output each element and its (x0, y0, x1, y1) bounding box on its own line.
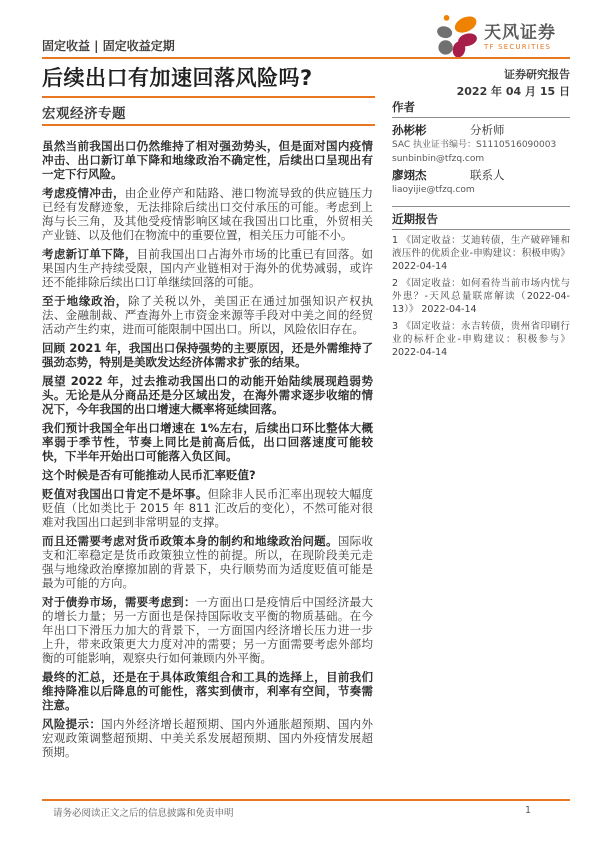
category-label: 固定收益 | 固定收益定期 (42, 37, 175, 54)
author-entry: 廖翊杰 联系人 liaoyijie@tfzq.com (392, 167, 570, 196)
subtitle-divider-bottom (42, 124, 375, 126)
page-title: 后续出口有加速回落风险吗? (42, 62, 313, 92)
paragraph-lead: 贬值对我国出口肯定不是坏事。 (42, 487, 208, 501)
body-paragraph: 我们预计我国全年出口增速在 1%左右，后续出口环比整体大概率弱于季节性，节奏上同… (42, 421, 373, 463)
body-paragraph: 风险提示：国内外经济增长超预期、国内外通胀超预期、国内外宏观政策调整超预期、中美… (42, 717, 373, 759)
recent-report-item: 1 《固定收益：艾迪转债，生产破碎锤和液压件的优质企业-申购建议：积极申购》 2… (392, 234, 570, 273)
paragraph-lead: 考虑疫情冲击， (42, 186, 125, 200)
footer-divider (42, 799, 570, 801)
body-paragraph: 至于地缘政治，除了关税以外，美国正在通过加强知识产权执法、金融制裁、严查海外上市… (42, 294, 373, 336)
brand-logo: 天风证券 TF SECURITIES (437, 14, 556, 62)
header-divider (42, 57, 570, 59)
paragraph-lead: 展望 2022 年，过去推动我国出口的动能开始陆续展现趋弱势头。无论是从分商品还… (42, 374, 373, 416)
author-entry: 孙彬彬 分析师 SAC 执业证书编号：S1110516090003 sunbin… (392, 122, 570, 165)
author-name: 孙彬彬 (392, 122, 470, 138)
author-name: 廖翊杰 (392, 167, 470, 183)
paragraph-lead: 回顾 2021 年，我国出口保持强势的主要原因，还是外需维持了强劲态势，特别是美… (42, 341, 373, 369)
body-paragraph: 虽然当前我国出口仍然维持了相对强劲势头，但是面对国内疫情冲击、出口新订单下降和地… (42, 139, 373, 181)
recent-report-item: 2 《固定收益：如何看待当前市场内忧与外患？-天风总量联席解读（2022-04-… (392, 277, 570, 316)
paragraph-lead: 对于债券市场，需要考虑到： (42, 595, 196, 609)
brand-name-en: TF SECURITIES (484, 43, 556, 52)
paragraph-lead: 最终的汇总，还是在于具体政策组合和工具的选择上，目前我们维持降准以后降息的可能性… (42, 670, 373, 712)
subtitle-divider-top (42, 96, 375, 98)
author-role: 联系人 (470, 167, 505, 183)
paragraph-lead: 至于地缘政治， (42, 294, 128, 308)
author-cert: SAC 执业证书编号：S1110516090003 (392, 139, 570, 151)
body-paragraph: 贬值对我国出口肯定不是坏事。但除非人民币汇率出现较大幅度贬值（比如类比于 201… (42, 487, 373, 529)
recent-reports-heading: 近期报告 (392, 211, 570, 227)
author-email: sunbinbin@tfzq.com (392, 153, 570, 165)
tf-securities-logo-icon (437, 14, 479, 62)
report-page: 固定收益 | 固定收益定期 天风证券 TF SECURITIES 后续出口有加速… (0, 0, 595, 841)
recent-reports-divider-bottom (392, 229, 570, 230)
paragraph-lead: 风险提示： (42, 717, 101, 731)
body-paragraph: 考虑新订单下降，目前我国出口占海外市场的比重已有回落。如果国内生产持续受限，国内… (42, 247, 373, 289)
body-paragraph: 这个时候是否有可能推动人民币汇率贬值? (42, 468, 373, 482)
paragraph-lead: 这个时候是否有可能推动人民币汇率贬值? (42, 468, 256, 482)
recent-report-item: 3 《固定收益：永吉转债，贵州省印刷行业的标杆企业-申购建议：积极参与》 202… (392, 320, 570, 359)
sidebar: 作者 孙彬彬 分析师 SAC 执业证书编号：S1110516090003 sun… (392, 99, 570, 363)
author-section-heading: 作者 (392, 99, 570, 115)
paragraph-lead: 虽然当前我国出口仍然维持了相对强劲势头，但是面对国内疫情冲击、出口新订单下降和地… (42, 139, 373, 181)
body-paragraph: 最终的汇总，还是在于具体政策组合和工具的选择上，目前我们维持降准以后降息的可能性… (42, 670, 373, 712)
body-paragraph: 回顾 2021 年，我国出口保持强势的主要原因，还是外需维持了强劲态势，特别是美… (42, 341, 373, 369)
brand-name-cn: 天风证券 (484, 24, 556, 43)
body-paragraph: 对于债券市场，需要考虑到：一方面出口是疫情后中国经济最大的增长力量；另一方面也是… (42, 595, 373, 665)
author-role: 分析师 (470, 122, 505, 138)
body-paragraph: 而且还需要考虑对货币政策本身的制约和地缘政治问题。国际收支和汇率稳定是货币政策独… (42, 534, 373, 590)
paragraph-lead: 而且还需要考虑对货币政策本身的制约和地缘政治问题。 (42, 534, 338, 548)
report-body: 虽然当前我国出口仍然维持了相对强劲势头，但是面对国内疫情冲击、出口新订单下降和地… (42, 139, 373, 764)
report-type-label: 证券研究报告 (392, 66, 570, 82)
body-paragraph: 展望 2022 年，过去推动我国出口的动能开始陆续展现趋弱势头。无论是从分商品还… (42, 374, 373, 416)
recent-reports-list: 1 《固定收益：艾迪转债，生产破碎锤和液压件的优质企业-申购建议：积极申购》 2… (392, 234, 570, 359)
brand-name: 天风证券 TF SECURITIES (484, 24, 556, 52)
recent-reports-section: 近期报告 1 《固定收益：艾迪转债，生产破碎锤和液压件的优质企业-申购建议：积极… (392, 206, 570, 359)
report-date: 2022 年 04 月 15 日 (392, 83, 570, 99)
footer-disclaimer: 请务必阅读正文之后的信息披露和免责申明 (53, 805, 234, 819)
recent-reports-divider-top (392, 206, 570, 207)
page-subtitle: 宏观经济专题 (42, 102, 126, 122)
author-email: liaoyijie@tfzq.com (392, 184, 570, 196)
paragraph-lead: 我们预计我国全年出口增速在 1%左右，后续出口环比整体大概率弱于季节性，节奏上同… (42, 421, 373, 463)
paragraph-lead: 考虑新订单下降， (42, 247, 137, 261)
body-paragraph: 考虑疫情冲击，由企业停产和陆路、港口物流导致的供应链压力已经有发酵迹象，无法排除… (42, 186, 373, 242)
page-number: 1 (525, 805, 531, 816)
author-section-divider (392, 117, 570, 118)
